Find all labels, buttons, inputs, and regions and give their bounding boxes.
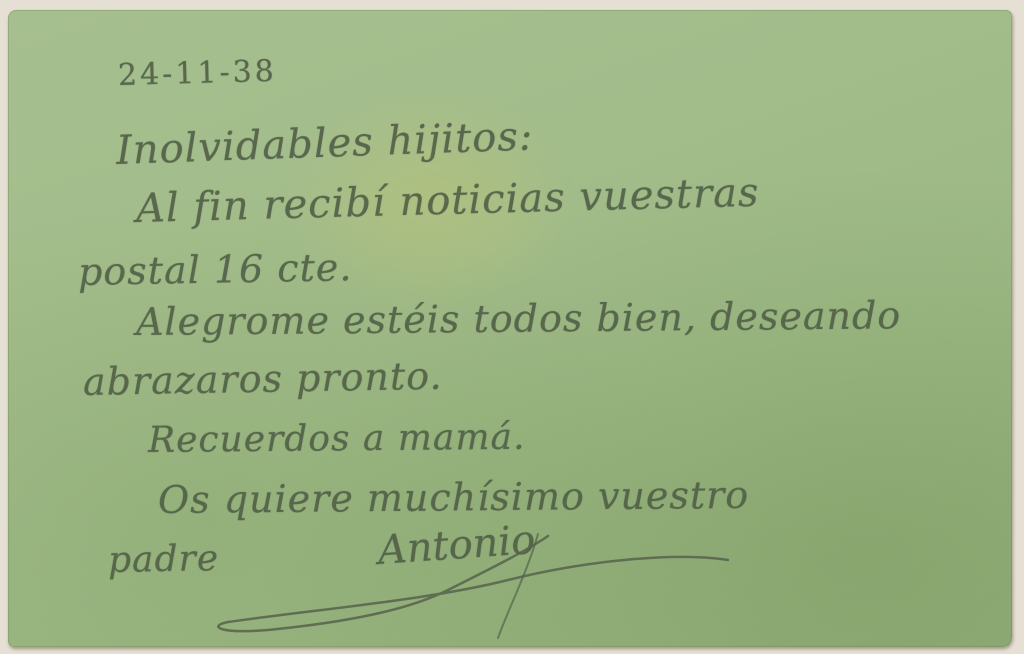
body-line-1: Al fin recibí noticias vuestras — [135, 170, 760, 232]
body-line-2: postal 16 cte. — [78, 245, 353, 294]
closing-line: Os quiere muchísimo vuestro — [158, 473, 750, 522]
postcard: 24-11-38 Inolvidables hijitos: Al fin re… — [8, 10, 1012, 647]
closing-word: padre — [108, 538, 220, 581]
body-line-5: Recuerdos a mamá. — [148, 417, 526, 461]
signature-flourish-icon — [208, 530, 768, 640]
date-text: 24-11-38 — [118, 54, 278, 93]
body-line-3: Alegrome estéis todos bien, deseando — [136, 293, 902, 344]
salutation-line: Inolvidables hijitos: — [115, 113, 534, 174]
body-line-4: abrazaros pronto. — [83, 354, 443, 404]
